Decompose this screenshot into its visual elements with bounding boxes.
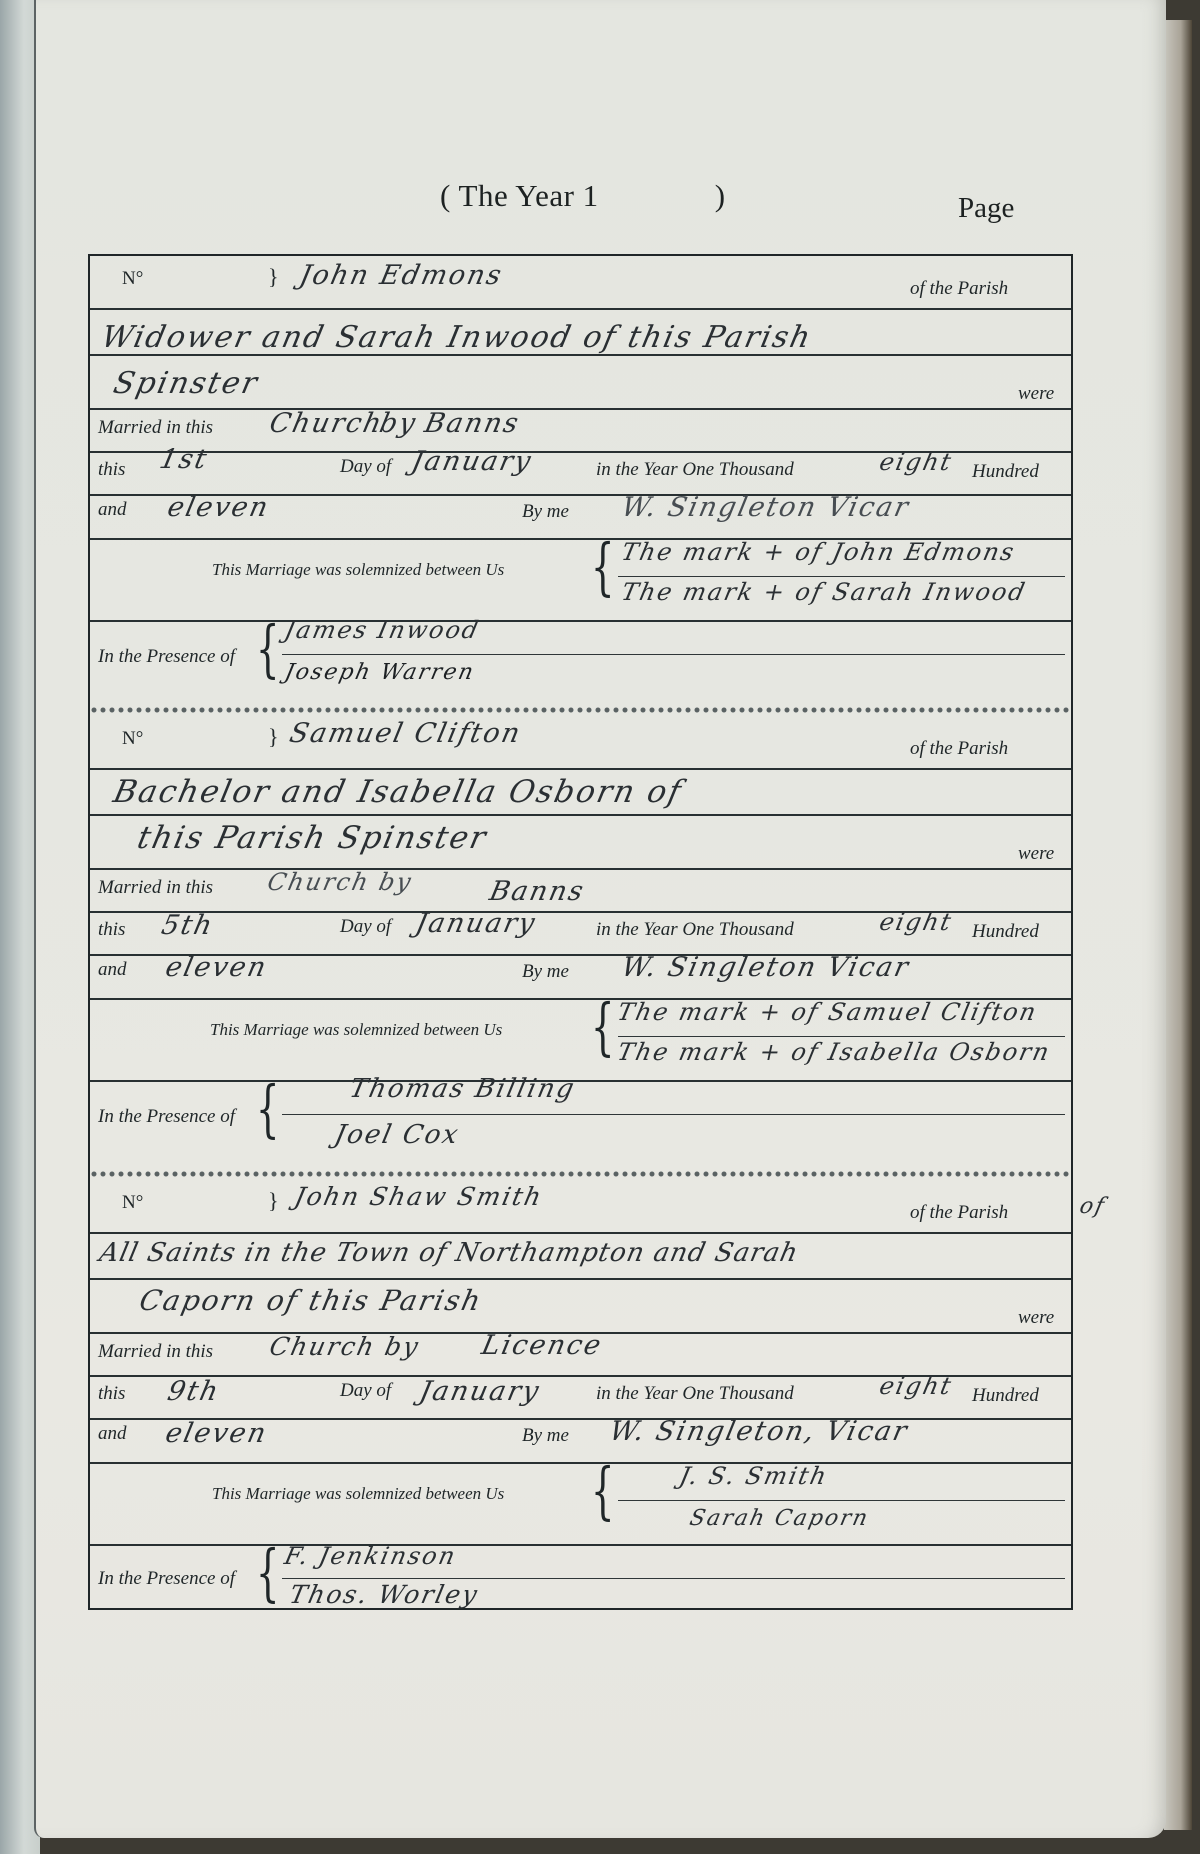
witness-2-signature: Thos. Worley	[287, 1580, 482, 1609]
party-2-signature: Sarah Caporn	[687, 1506, 871, 1531]
party-2-signature: The mark + of Isabella Osborn	[615, 1038, 1053, 1066]
marriage-method: Banns	[422, 408, 523, 439]
presence-label: In the Presence of	[98, 1106, 235, 1128]
presence-label: In the Presence of	[98, 1568, 235, 1590]
and-label: and	[98, 499, 127, 521]
day: 1st	[157, 444, 211, 475]
place: Church by	[265, 868, 415, 896]
this-label: this	[98, 919, 125, 941]
solemnized-label: This Marriage was solemnized between Us	[210, 1020, 502, 1040]
witness-1-signature: F. Jenkinson	[282, 1542, 459, 1570]
marriage-method: Banns	[487, 876, 588, 907]
groom-name: John Shaw Smith	[292, 1182, 546, 1211]
register-entry-3: N° } John Shaw Smith of the Parish of Al…	[90, 1180, 1071, 1610]
number-label: N°	[122, 728, 143, 750]
married-in-this-label: Married in this	[98, 1341, 213, 1363]
register-entry-2: N° } Samuel Clifton of the Parish Bachel…	[90, 716, 1071, 1166]
bride-surname-and-parish: Caporn of this Parish	[136, 1284, 485, 1317]
brace-icon: }	[268, 724, 279, 750]
solemnized-label: This Marriage was solemnized between Us	[212, 1484, 504, 1504]
day-of-label: Day of	[340, 1380, 391, 1402]
officiant: W. Singleton, Vicar	[607, 1416, 912, 1447]
groom-status-and-bride: Bachelor and Isabella Osborn of	[110, 774, 686, 810]
entry-divider	[90, 1170, 1071, 1179]
year-close-paren: )	[715, 178, 726, 213]
by-word: by	[377, 408, 420, 439]
were-label: were	[1018, 1307, 1054, 1329]
hundred-label: Hundred	[972, 921, 1039, 943]
brace-icon: }	[268, 264, 279, 290]
parish-suffix: of	[1077, 1194, 1108, 1219]
witness-1-signature: Thomas Billing	[347, 1074, 579, 1104]
party-1-signature: J. S. Smith	[677, 1462, 831, 1490]
brace-icon: {	[256, 1078, 280, 1140]
this-label: this	[98, 459, 125, 481]
bride-parish-and-status: this Parish Spinster	[134, 820, 491, 856]
presence-label: In the Presence of	[98, 646, 235, 668]
were-label: were	[1018, 843, 1054, 865]
witness-1-signature: James Inwood	[282, 616, 483, 644]
witness-2-signature: Joseph Warren	[282, 660, 477, 685]
hundred-label: Hundred	[972, 461, 1039, 483]
by-me-label: By me	[522, 1425, 569, 1447]
and-label: and	[98, 1423, 127, 1445]
place: Church by	[267, 1332, 423, 1361]
register-entry-1: N° } John Edmons of the Parish Widower a…	[90, 256, 1071, 708]
bride-status: Spinster	[110, 366, 262, 401]
brace-icon: {	[591, 996, 615, 1058]
by-me-label: By me	[522, 501, 569, 523]
year-one-thousand-label: in the Year One Thousand	[596, 1383, 794, 1405]
groom-name: John Edmons	[297, 260, 506, 291]
brace-icon: {	[256, 618, 280, 680]
this-label: this	[98, 1383, 125, 1405]
were-label: were	[1018, 383, 1054, 405]
of-the-parish-label: of the Parish	[910, 1202, 1008, 1224]
solemnized-label: This Marriage was solemnized between Us	[212, 560, 504, 580]
century: eight	[877, 908, 955, 936]
century: eight	[877, 448, 955, 476]
married-in-this-label: Married in this	[98, 417, 213, 439]
century: eight	[877, 1372, 955, 1400]
year-label: ( The Year 1	[440, 178, 599, 213]
number-label: N°	[122, 268, 143, 290]
party-2-signature: The mark + of Sarah Inwood	[619, 578, 1029, 606]
place: Church	[267, 408, 386, 439]
day-of-label: Day of	[340, 456, 391, 478]
brace-icon: {	[256, 1542, 280, 1604]
marriage-method: Licence	[479, 1330, 606, 1361]
year-heading: ( The Year 1)	[440, 178, 726, 214]
hundred-label: Hundred	[972, 1385, 1039, 1407]
day: 5th	[159, 910, 217, 941]
party-1-signature: The mark + of Samuel Clifton	[615, 998, 1040, 1026]
month: January	[409, 446, 536, 477]
groom-parish-and-bride: All Saints in the Town of Northampton an…	[97, 1238, 802, 1268]
brace-icon: {	[591, 1460, 615, 1522]
of-the-parish-label: of the Parish	[910, 738, 1008, 760]
year-suffix: eleven	[163, 952, 271, 983]
year-suffix: eleven	[163, 1418, 271, 1449]
month: January	[417, 1376, 544, 1407]
year-suffix: eleven	[165, 492, 273, 523]
and-label: and	[98, 959, 127, 981]
brace-icon: {	[591, 536, 615, 598]
brace-icon: }	[268, 1188, 279, 1214]
page-label: Page	[958, 192, 1014, 225]
groom-name: Samuel Clifton	[287, 718, 525, 749]
day: 9th	[165, 1376, 223, 1407]
number-label: N°	[122, 1192, 143, 1214]
party-1-signature: The mark + of John Edmons	[619, 538, 1018, 566]
day-of-label: Day of	[340, 916, 391, 938]
month: January	[413, 908, 540, 939]
entry-divider	[90, 706, 1071, 715]
of-the-parish-label: of the Parish	[910, 278, 1008, 300]
witness-2-signature: Joel Cox	[332, 1120, 463, 1150]
groom-status-and-bride: Widower and Sarah Inwood of this Parish	[98, 320, 815, 355]
officiant: W. Singleton Vicar	[619, 492, 913, 523]
book-fore-edge	[1164, 20, 1192, 1830]
officiant: W. Singleton Vicar	[619, 952, 913, 983]
by-me-label: By me	[522, 961, 569, 983]
marriage-register-table: N° } John Edmons of the Parish Widower a…	[88, 254, 1073, 1610]
year-one-thousand-label: in the Year One Thousand	[596, 459, 794, 481]
married-in-this-label: Married in this	[98, 877, 213, 899]
year-one-thousand-label: in the Year One Thousand	[596, 919, 794, 941]
